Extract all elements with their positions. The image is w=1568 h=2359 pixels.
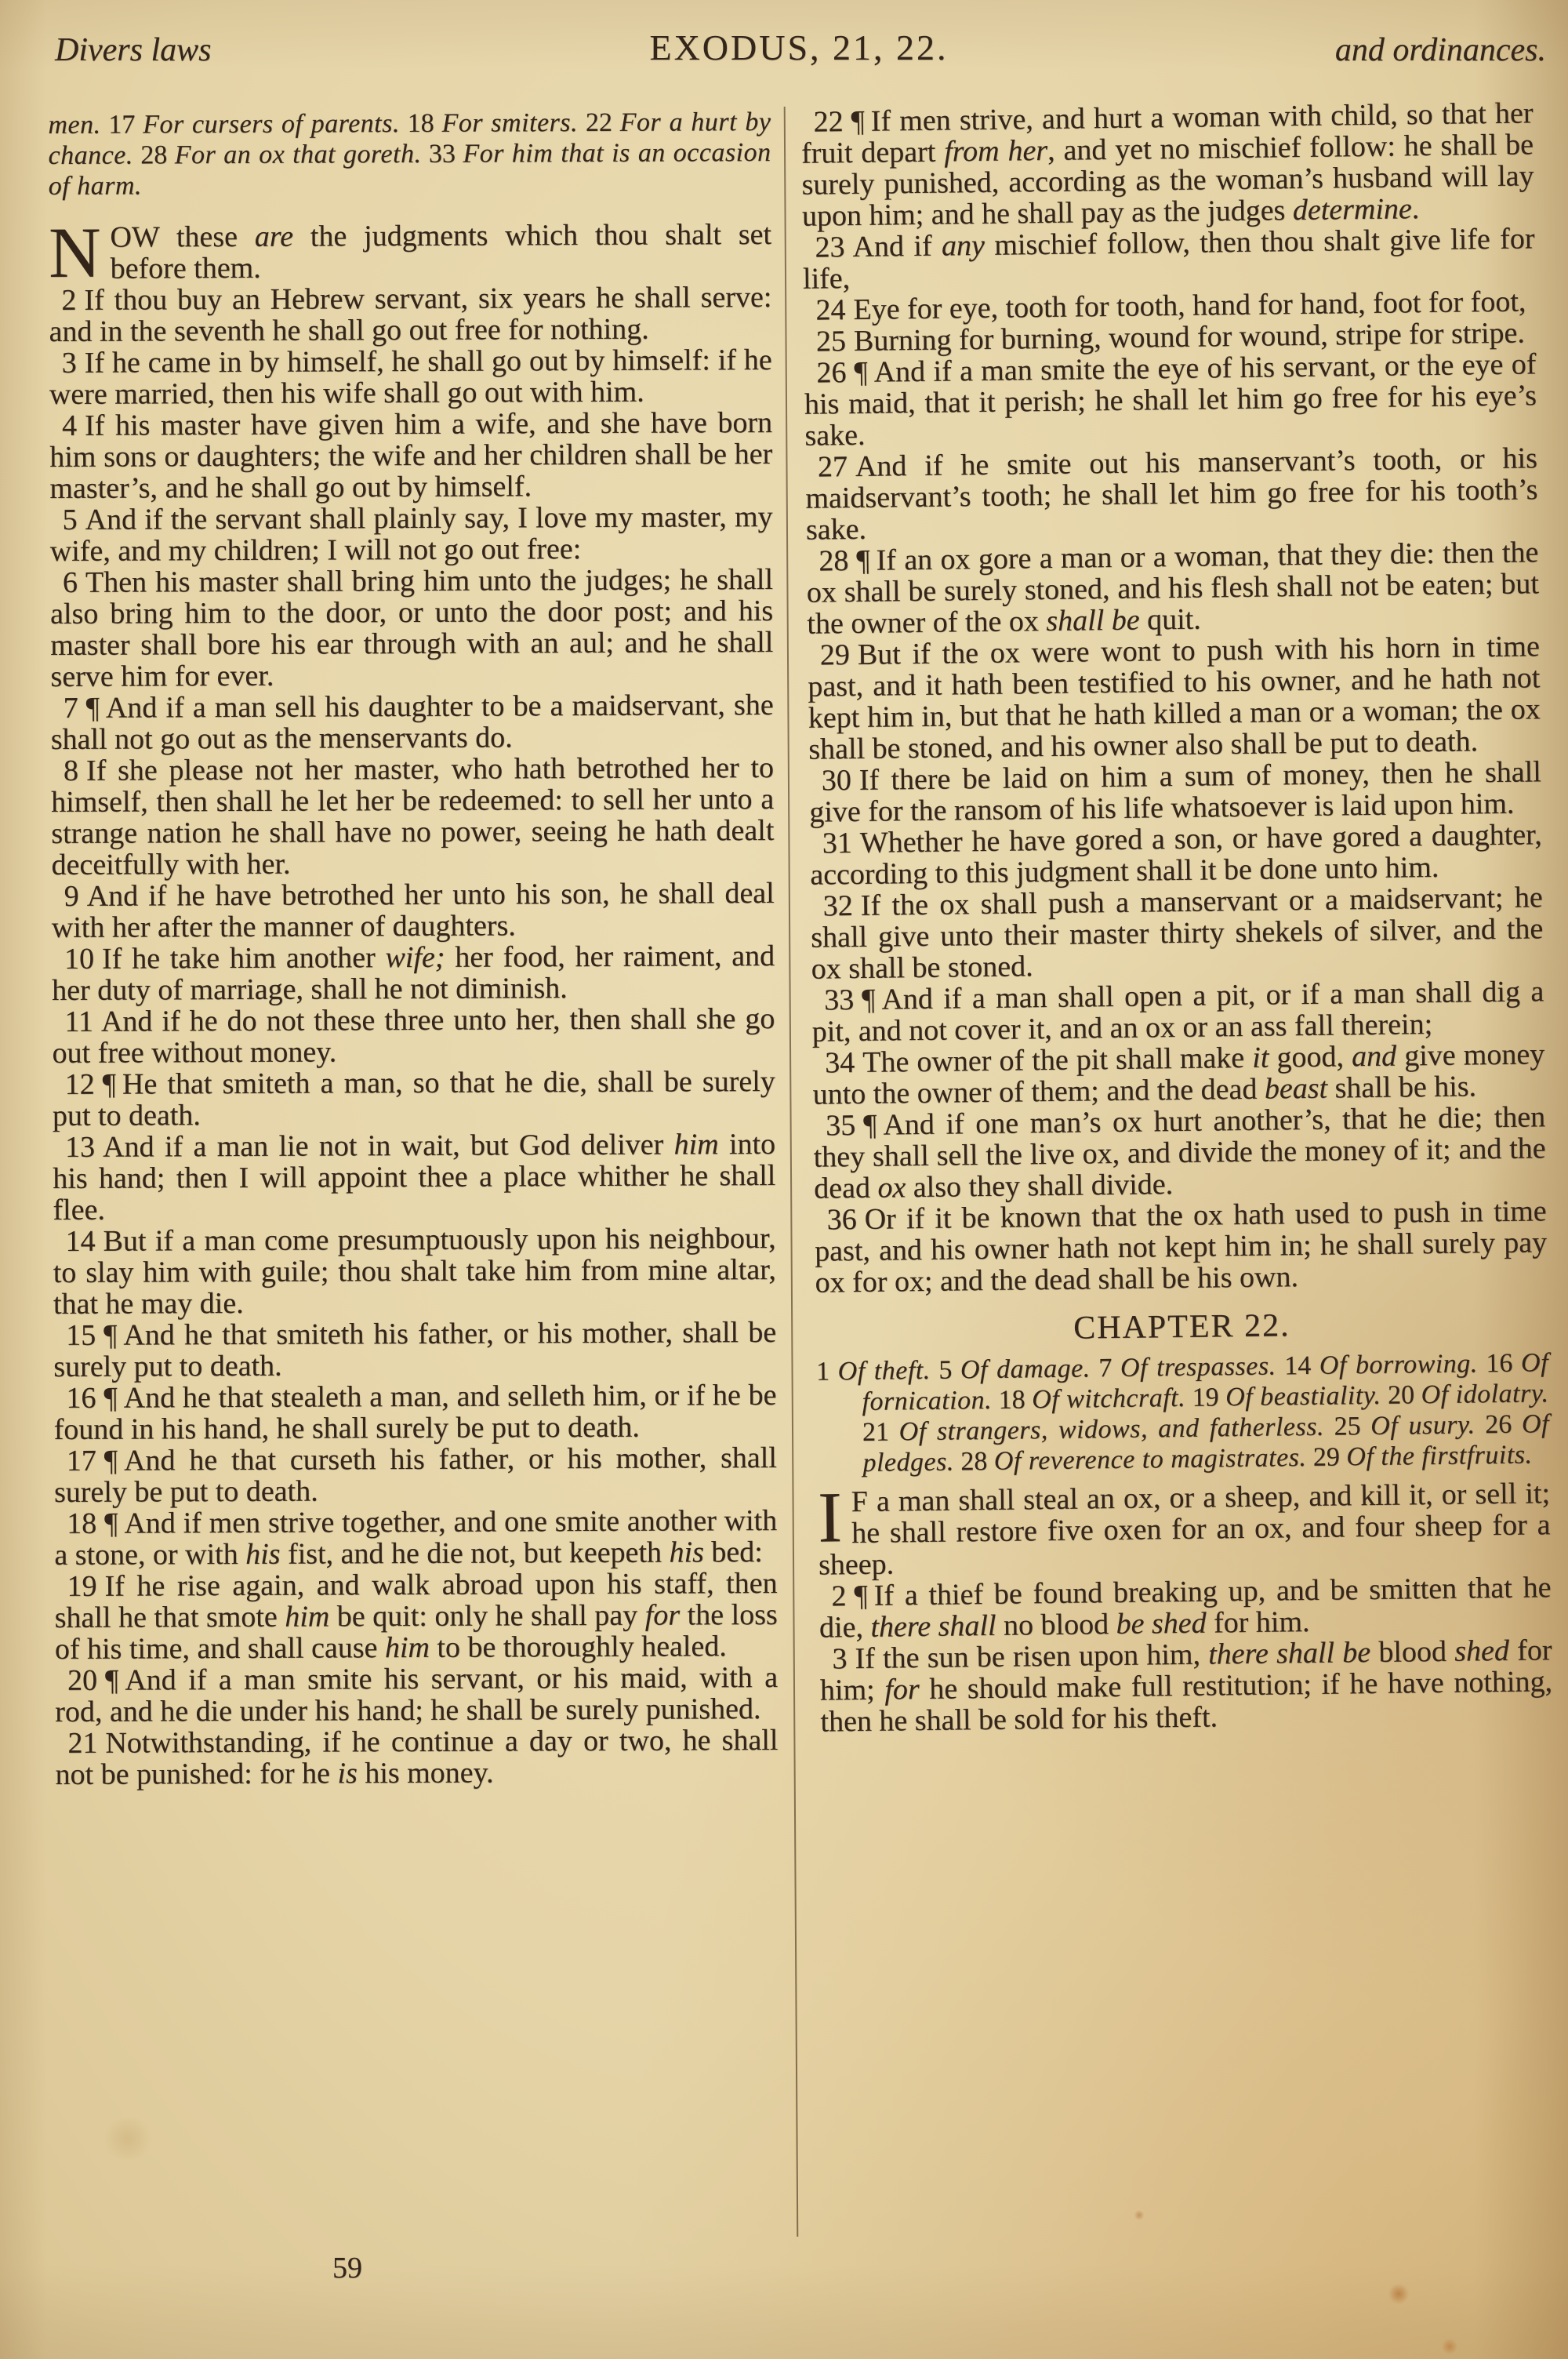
column-divider — [784, 107, 799, 2237]
pilcrow-mark: ¶ — [856, 544, 870, 577]
verse-27: 27And if he smite out his manservant’s t… — [805, 442, 1538, 545]
verse-number: 30 — [822, 764, 852, 797]
page-title: EXODUS, 21, 22. — [52, 27, 1546, 68]
verse-text: If he take him another wife; her food, h… — [52, 940, 775, 1007]
verse-number: 9 — [64, 880, 79, 913]
foxing-stain — [100, 2117, 155, 2160]
verse-text: Whether he have gored a son, or have gor… — [810, 818, 1542, 891]
verse-text: If he came in by himself, he shall go ou… — [49, 343, 772, 411]
verse-number: 16 — [66, 1382, 96, 1415]
verse-number: 21 — [67, 1727, 97, 1760]
page-header: Divers laws EXODUS, 21, 22. and ordinanc… — [52, 27, 1546, 74]
verse-number: 22 — [813, 105, 844, 138]
verse-30: 30If there be laid on him a sum of money… — [809, 756, 1542, 827]
verse-number: 6 — [63, 566, 78, 599]
verse-2: 2¶If a thief be found breaking up, and b… — [818, 1572, 1552, 1643]
verse-number: 10 — [64, 943, 94, 976]
verse-text: And if a man smite his servant, or his m… — [55, 1661, 778, 1728]
verse-number: 32 — [823, 889, 854, 922]
verse-32: 32If the ox shall push a manservant or a… — [811, 881, 1544, 984]
pilcrow-mark: ¶ — [103, 1068, 116, 1101]
verse-text: And if men strive together, and one smit… — [54, 1504, 777, 1572]
verse-12: 12¶He that smiteth a man, so that he die… — [53, 1066, 775, 1132]
verse-9: 9And if he have betrothed her unto his s… — [52, 878, 775, 943]
verse-29: 29But if the ox were wont to push with h… — [808, 631, 1541, 765]
verse-21: 21Notwithstanding, if he continue a day … — [55, 1725, 778, 1790]
chapter21-summary-continuation: men. 17 For cursers of parents. 18 For s… — [48, 107, 771, 202]
verse-number: 2 — [831, 1579, 847, 1612]
pilcrow-mark: ¶ — [105, 1664, 118, 1697]
verse-number: 17 — [67, 1445, 96, 1478]
foxing-stain — [1441, 2339, 1458, 2354]
verse-text: Notwithstanding, if he continue a day or… — [56, 1724, 779, 1791]
verse-text: If he rise again, and walk abroad upon h… — [55, 1567, 778, 1666]
verse-text: And if a man shall open a pit, or if a m… — [811, 975, 1544, 1048]
verse-10: 10If he take him another wife; her food,… — [52, 940, 775, 1006]
verse-14: 14But if a man come presumptuously upon … — [53, 1223, 777, 1320]
verse-28: 28¶If an ox gore a man or a woman, that … — [806, 536, 1539, 639]
verse-19: 19If he rise again, and walk abroad upon… — [54, 1568, 778, 1665]
verse-text: And if he have betrothed her unto his so… — [52, 877, 775, 944]
pilcrow-mark: ¶ — [854, 356, 868, 389]
verse-text: The owner of the pit shall make it good,… — [812, 1038, 1544, 1110]
verse-text: If the sun be risen upon him, there shal… — [820, 1634, 1552, 1738]
verse-36: 36Or if it be known that the ox hath use… — [814, 1195, 1547, 1298]
foxing-stain — [1388, 2284, 1410, 2304]
pilcrow-mark: ¶ — [851, 105, 865, 138]
verse-22: 22¶If men strive, and hurt a woman with … — [800, 97, 1534, 231]
verse-number: 36 — [826, 1203, 857, 1236]
verse-number: 26 — [816, 356, 847, 389]
verse-35: 35¶And if one man’s ox hurt another’s, t… — [813, 1101, 1546, 1204]
verse-text: And he that smiteth his father, or his m… — [53, 1316, 776, 1383]
verse-number: 28 — [818, 544, 849, 577]
verse-15: 15¶And he that smiteth his father, or hi… — [53, 1317, 776, 1383]
verse-text: And if a man smite the eye of his servan… — [804, 347, 1537, 452]
verse-number: 31 — [822, 827, 853, 860]
verse-33: 33¶And if a man shall open a pit, or if … — [811, 976, 1544, 1047]
chapter21-opening-verse: NOW these are the judgments which thou s… — [49, 219, 771, 285]
pilcrow-mark: ¶ — [863, 1109, 877, 1142]
verse-4: 4If his master have given him a wife, an… — [49, 407, 773, 504]
verse-text: If there be laid on him a sum of money, … — [809, 755, 1541, 828]
left-column: men. 17 For cursers of parents. 18 For s… — [48, 107, 778, 1790]
verse-text: But if a man come presumptuously upon hi… — [53, 1222, 776, 1321]
drop-cap: N — [49, 222, 111, 278]
verse-number: 13 — [65, 1131, 95, 1164]
verse-text: But if the ox were wont to push with his… — [808, 630, 1541, 765]
verse-text: He that smiteth a man, so that he die, s… — [53, 1065, 775, 1132]
verse-text: If his master have given him a wife, and… — [49, 406, 772, 505]
verse-text: Or if it be known that the ox hath used … — [815, 1194, 1547, 1299]
page-number: 59 — [332, 2251, 362, 2285]
pilcrow-mark: ¶ — [854, 1579, 868, 1612]
verse-16: 16¶And he that stealeth a man, and selle… — [53, 1379, 776, 1445]
verse-number: 18 — [67, 1507, 96, 1540]
verse-number: 29 — [820, 638, 851, 671]
verse-5: 5And if the servant shall plainly say, I… — [50, 501, 773, 567]
verse-number: 8 — [64, 754, 78, 787]
verse-number: 3 — [832, 1642, 848, 1675]
verse-text: And if any mischief follow, then thou sh… — [803, 222, 1535, 295]
verse-text: Then his master shall bring him unto the… — [50, 563, 773, 693]
verse-13: 13And if a man lie not in wait, but God … — [53, 1129, 776, 1226]
verse-number: 23 — [815, 231, 845, 264]
verse-number: 35 — [826, 1109, 856, 1142]
verse-34: 34The owner of the pit shall make it goo… — [812, 1038, 1545, 1110]
verse-11: 11And if he do not these three unto her,… — [52, 1003, 775, 1069]
verse-number: 4 — [62, 409, 77, 442]
verse-text: And if one man’s ox hurt another’s, that… — [813, 1100, 1545, 1205]
verse-number: 3 — [62, 347, 77, 380]
verse-text: And if a man lie not in wait, but God de… — [53, 1128, 775, 1227]
verse-17: 17¶And he that curseth his father, or hi… — [54, 1442, 777, 1508]
verse-text: If the ox shall push a manservant or a m… — [811, 881, 1543, 985]
verse-number: 7 — [64, 692, 78, 725]
verse-text: And he that curseth his father, or his m… — [54, 1441, 777, 1509]
verse-text: If an ox gore a man or a woman, that the… — [807, 536, 1539, 640]
verse-number: 12 — [65, 1068, 95, 1101]
verse-text: If men strive, and hurt a woman with chi… — [801, 96, 1534, 232]
verse-text: And if a man sell his daughter to be a m… — [51, 689, 774, 756]
right-column: 22¶If men strive, and hurt a woman with … — [800, 97, 1552, 1737]
verse-18: 18¶And if men strive together, and one s… — [54, 1505, 777, 1571]
verse-number: 5 — [63, 503, 78, 536]
foxing-stain — [1134, 2210, 1145, 2220]
verse-3: 3If he came in by himself, he shall go o… — [49, 344, 772, 410]
chapter22-heading: CHAPTER 22. — [815, 1307, 1548, 1347]
verse-number: 2 — [61, 284, 76, 317]
pilcrow-mark: ¶ — [103, 1319, 117, 1352]
verse-number: 20 — [67, 1664, 97, 1697]
verse-text: If thou buy an Hebrew servant, six years… — [49, 281, 771, 348]
verse-number: 24 — [815, 293, 846, 326]
verse-text: And he that stealeth a man, and selleth … — [54, 1379, 777, 1446]
drop-cap: I — [818, 1486, 852, 1543]
verse-number: 27 — [818, 450, 848, 483]
chapter22-summary: 1 Of theft. 5 Of damage. 7 Of trespasses… — [816, 1347, 1550, 1478]
pilcrow-mark: ¶ — [104, 1445, 118, 1478]
bible-page: { "header": { "left": "Divers laws", "ce… — [0, 0, 1568, 2359]
running-head-right: and ordinances. — [1335, 31, 1546, 69]
verse-text: If a thief be found breaking up, and be … — [819, 1571, 1552, 1644]
verse-7: 7¶And if a man sell his daughter to be a… — [51, 689, 774, 755]
verse-number: 15 — [66, 1319, 96, 1352]
verse-8: 8If she please not her master, who hath … — [51, 752, 775, 881]
verse-number: 11 — [64, 1005, 93, 1038]
chapter22-opening-verse: IF a man shall steal an ox, or a sheep, … — [818, 1478, 1551, 1580]
verse-number: 34 — [825, 1046, 855, 1079]
verse-23: 23And if any mischief follow, then thou … — [802, 223, 1535, 294]
verse-text: And if the servant shall plainly say, I … — [50, 500, 773, 568]
verse-number: 25 — [816, 325, 847, 358]
verse-2: 2If thou buy an Hebrew servant, six year… — [49, 282, 771, 347]
verse-31: 31Whether he have gored a son, or have g… — [810, 819, 1543, 890]
pilcrow-mark: ¶ — [103, 1382, 117, 1415]
verse-number: 19 — [67, 1570, 96, 1603]
verse-26: 26¶And if a man smite the eye of his ser… — [804, 348, 1537, 451]
verse-20: 20¶And if a man smite his servant, or hi… — [55, 1662, 778, 1728]
verse-text: And if he smite out his manservant’s too… — [805, 442, 1537, 546]
verse-text: And if he do not these three unto her, t… — [52, 1002, 775, 1070]
pilcrow-mark: ¶ — [862, 983, 876, 1016]
verse-number: 33 — [824, 983, 855, 1016]
verse-3: 3If the sun be risen upon him, there sha… — [819, 1634, 1552, 1737]
verse-text: If she please not her master, who hath b… — [51, 751, 774, 881]
verse-6: 6Then his master shall bring him unto th… — [50, 564, 774, 692]
verse-number: 14 — [66, 1225, 96, 1258]
pilcrow-mark: ¶ — [86, 692, 100, 725]
pilcrow-mark: ¶ — [104, 1507, 118, 1540]
